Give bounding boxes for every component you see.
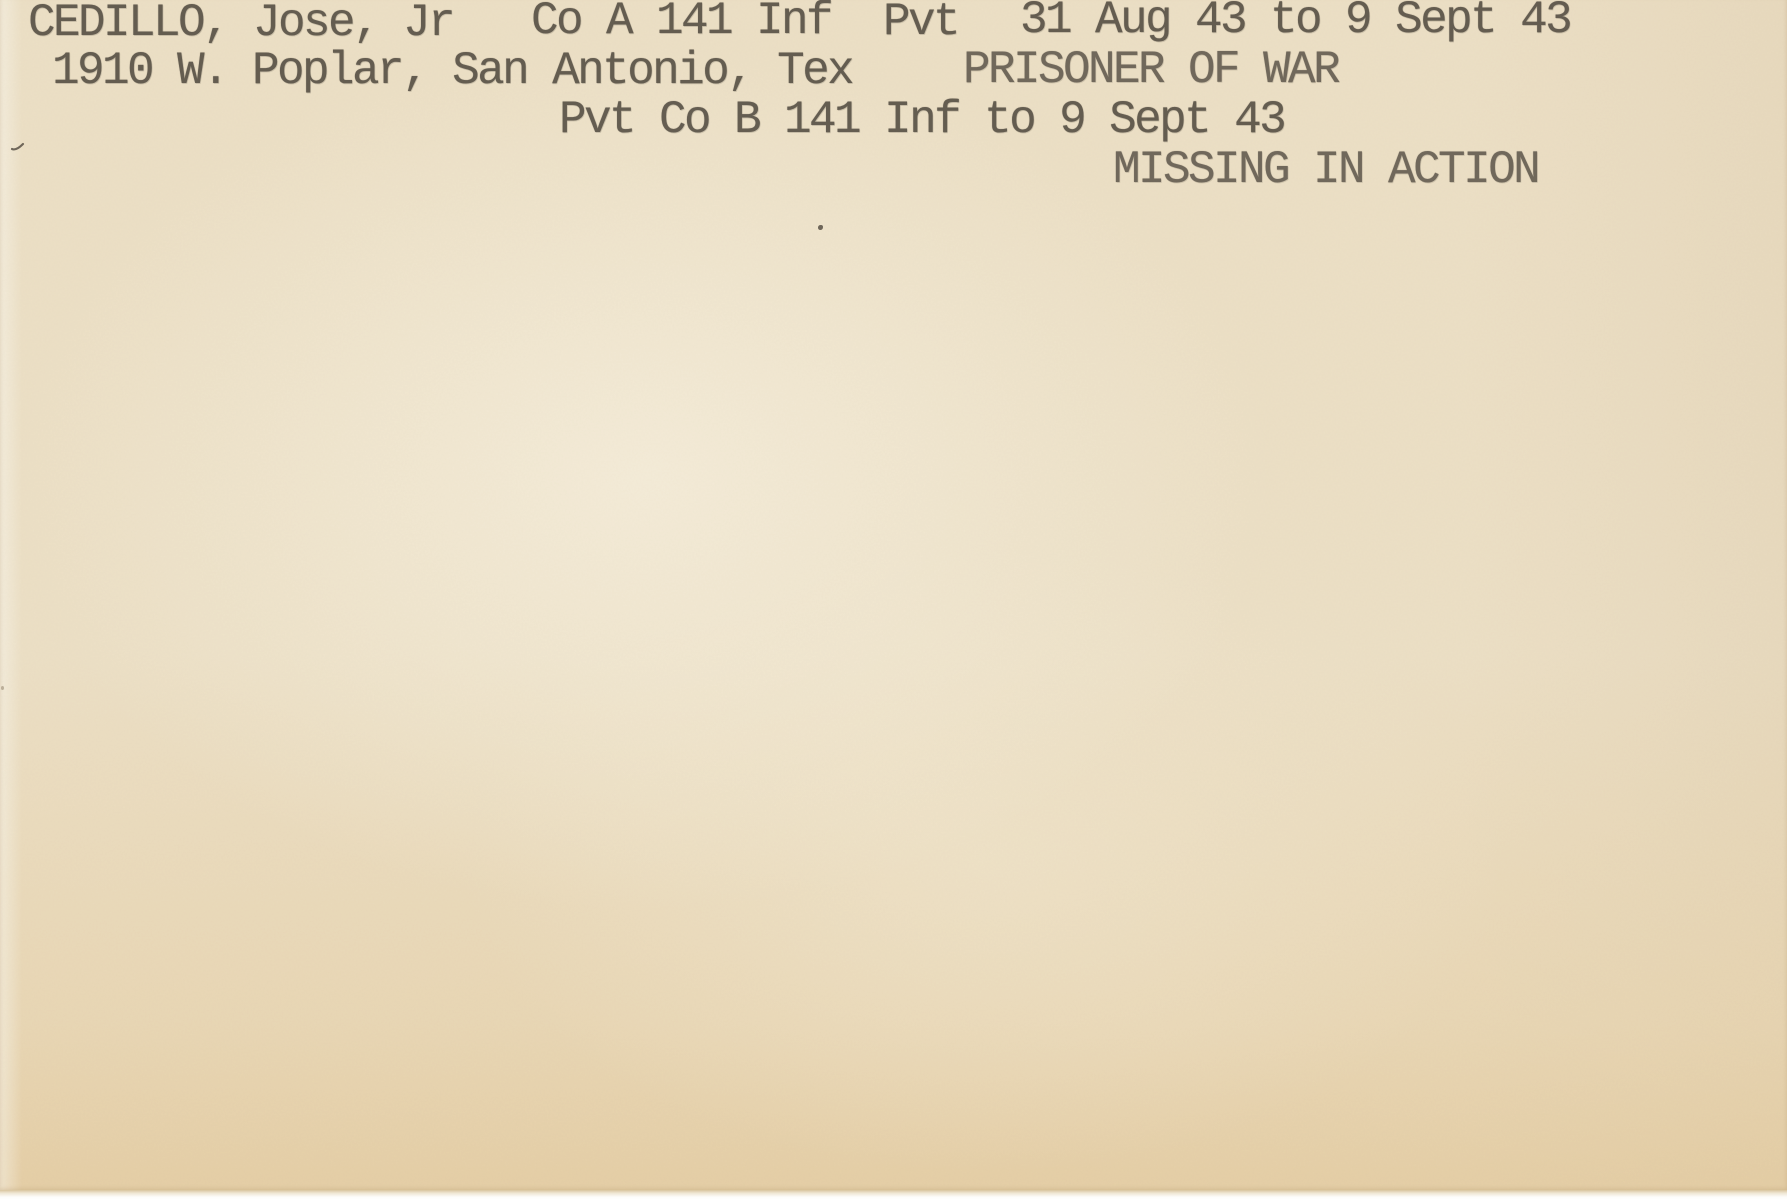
- second-assignment: Pvt Co B 141 Inf to 9 Sept 43: [559, 97, 1284, 143]
- home-address: 1910 W. Poplar, San Antonio, Tex: [52, 48, 852, 94]
- ink-speck: [818, 225, 823, 230]
- scan-bottom-edge: [0, 1190, 1787, 1200]
- mia-status: MISSING IN ACTION: [1113, 147, 1538, 193]
- soldier-name: CEDILLO, Jose, Jr: [28, 0, 453, 46]
- pow-status: PRISONER OF WAR: [963, 47, 1338, 93]
- rank: Pvt: [883, 0, 958, 45]
- edge-speck: [1, 686, 4, 690]
- service-dates: 31 Aug 43 to 9 Sept 43: [1020, 0, 1570, 43]
- pen-tick-mark: [10, 141, 26, 153]
- unit-assignment: Co A 141 Inf: [531, 0, 831, 44]
- index-card: CEDILLO, Jose, Jr Co A 141 Inf Pvt 31 Au…: [0, 0, 1787, 1192]
